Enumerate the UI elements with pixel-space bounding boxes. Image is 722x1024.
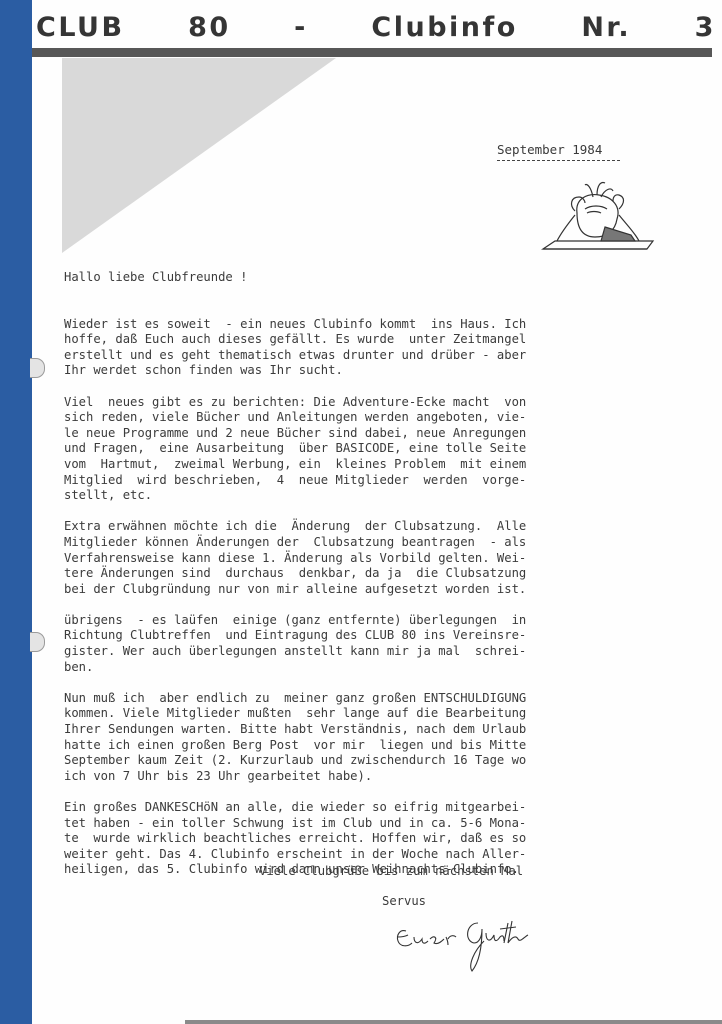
title-part: 3 [695, 12, 716, 43]
paragraphs: Wieder ist es soweit - ein neues Clubinf… [64, 317, 624, 878]
text-line: stellt, etc. [64, 488, 624, 504]
date-underline [497, 160, 620, 161]
title-part: CLUB [36, 12, 125, 43]
text-line: hatte ich einen großen Berg Post vor mir… [64, 738, 624, 754]
text-line: Ihr werdet schon finden was Ihr sucht. [64, 363, 624, 379]
text-line: Wieder ist es soweit - ein neues Clubinf… [64, 317, 624, 333]
text-line: te wurde wirklich beachtliches erreicht.… [64, 831, 624, 847]
text-line: bei der Clubgründung nur von mir alleine… [64, 582, 624, 598]
title-part: Nr. [581, 12, 631, 43]
text-line: sich reden, viele Bücher und Anleitungen… [64, 410, 624, 426]
text-line: Richtung Clubtreffen und Eintragung des … [64, 628, 624, 644]
text-line: Mitglieder können Änderungen der Clubsat… [64, 535, 624, 551]
title-part: Clubinfo [371, 12, 517, 43]
page-bottom-edge [185, 1020, 722, 1024]
text-line: erstellt und es geht thematisch etwas dr… [64, 348, 624, 364]
text-line: Verfahrensweise kann diese 1. Änderung a… [64, 551, 624, 567]
binder-strip [0, 0, 32, 1024]
paragraph: übrigens - es laüfen einige (ganz entfer… [64, 613, 624, 675]
text-line: übrigens - es laüfen einige (ganz entfer… [64, 613, 624, 629]
closing-line: Viele Clubgrüße bis zum nächsten Mal [259, 864, 523, 878]
text-line: tere Änderungen sind durchaus denkbar, d… [64, 566, 624, 582]
cartoon-figure-icon [535, 175, 665, 260]
text-line: ben. [64, 660, 624, 676]
text-line: le neue Programme und 2 neue Bücher sind… [64, 426, 624, 442]
greeting: Hallo liebe Clubfreunde ! [64, 270, 624, 286]
text-line: weiter geht. Das 4. Clubinfo erscheint i… [64, 847, 624, 863]
text-line: Extra erwähnen möchte ich die Änderung d… [64, 519, 624, 535]
text-line: September kaum Zeit (2. Kurzurlaub und z… [64, 753, 624, 769]
text-line: gister. Wer auch überlegungen anstellt k… [64, 644, 624, 660]
punch-hole [30, 632, 45, 652]
decorative-triangle [62, 58, 336, 253]
text-line: Nun muß ich aber endlich zu meiner ganz … [64, 691, 624, 707]
text-line: ich von 7 Uhr bis 23 Uhr gearbeitet habe… [64, 769, 624, 785]
text-line: vom Hartmut, zweimal Werbung, ein kleine… [64, 457, 624, 473]
text-line: Viel neues gibt es zu berichten: Die Adv… [64, 395, 624, 411]
letter-body: Hallo liebe Clubfreunde ! Wieder ist es … [64, 270, 624, 894]
paragraph: Viel neues gibt es zu berichten: Die Adv… [64, 395, 624, 504]
text-line: Ein großes DANKESCHöN an alle, die wiede… [64, 800, 624, 816]
text-line: Ihrer Sendungen warten. Bitte habt Verst… [64, 722, 624, 738]
text-line: und Fragen, eine Ausarbeitung über BASIC… [64, 441, 624, 457]
paragraph: Wieder ist es soweit - ein neues Clubinf… [64, 317, 624, 379]
title-part: - [294, 12, 308, 43]
newsletter-title: CLUB 80 - Clubinfo Nr. 3 [36, 12, 716, 43]
title-part: 80 [188, 12, 231, 43]
paragraph: Extra erwähnen möchte ich die Änderung d… [64, 519, 624, 597]
paragraph: Nun muß ich aber endlich zu meiner ganz … [64, 691, 624, 785]
text-line: hoffe, daß Euch auch dieses gefällt. Es … [64, 332, 624, 348]
issue-date: September 1984 [497, 142, 602, 157]
punch-hole [30, 358, 45, 378]
header-rule [32, 48, 712, 57]
farewell: Servus [382, 894, 426, 908]
text-line: Mitglied wird beschrieben, 4 neue Mitgli… [64, 473, 624, 489]
text-line: tet haben - ein toller Schwung ist im Cl… [64, 816, 624, 832]
text-line: kommen. Viele Mitglieder mußten sehr lan… [64, 706, 624, 722]
